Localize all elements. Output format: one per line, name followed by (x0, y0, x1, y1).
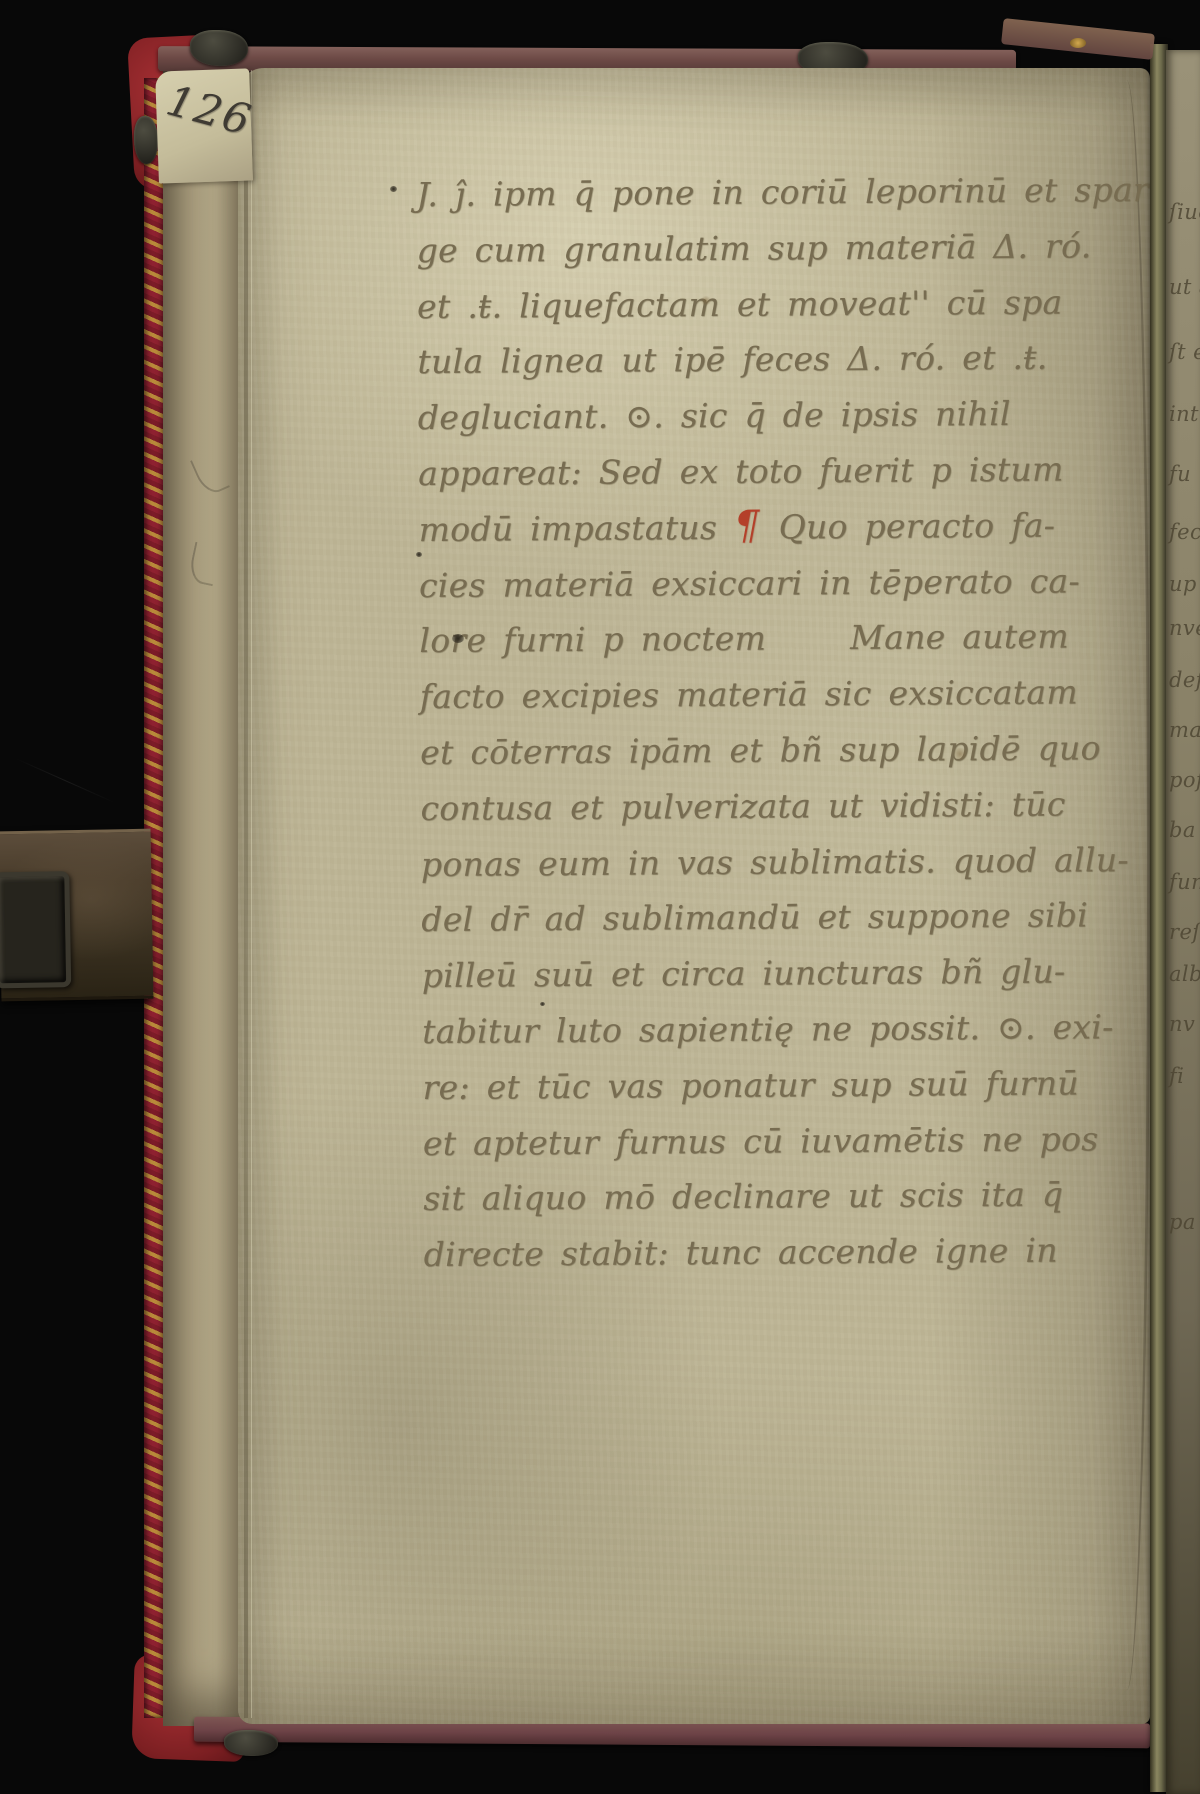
clasp-strap (0, 829, 153, 1002)
endband-glint (1070, 38, 1086, 48)
next-page-text-fragment: alb (1169, 962, 1200, 986)
next-page-text-fragment: ba (1169, 818, 1196, 842)
line-text: appareat: Sed ex toto fuerit p istum (418, 450, 1064, 494)
clasp-fitting-top-left (190, 30, 248, 66)
line-text: lore furni p noctem Mane autem (419, 617, 1069, 661)
next-page-text-fragment: reſe (1169, 920, 1200, 944)
clasp-buckle (0, 871, 71, 988)
manuscript-line: cies materiā exsiccari in tēperato ca- (419, 557, 1009, 617)
manuscript-line: tabitur luto sapientię ne possit. ⊙. exi… (422, 1003, 1012, 1063)
next-page-text-fragment: int (1169, 402, 1199, 426)
line-text: et aptetur furnus cū iuvamētis ne pos (423, 1119, 1099, 1163)
line-text: Quo peracto fa- (779, 505, 1056, 546)
page-left-crease (244, 70, 248, 1718)
line-text: ponas eum in vas sublimatis. quod allu- (421, 840, 1129, 884)
manuscript-photo: 126 J. ĵ. ipm q̄ pone in coriū leporinū … (0, 0, 1200, 1794)
ink-speck (540, 1002, 545, 1006)
manuscript-line: pilleū suū et circa iuncturas bñ glu- (422, 947, 1012, 1007)
folio-corner-flap: 126 (155, 68, 253, 183)
next-page-text-fragment: nve (1169, 616, 1200, 640)
line-text: ge cum granulatim sup materiā Δ. ró. (417, 226, 1092, 270)
manuscript-line: re: et tūc vas ponatur sup suū furnū (422, 1059, 1012, 1119)
next-page-text-fragment: ut a (1169, 275, 1200, 299)
rubric-pilcrow: ¶ (734, 502, 779, 548)
line-text: J. ĵ. ipm q̄ pone in coriū leporinū et s… (416, 170, 1160, 214)
next-page-text-fragment: pa (1169, 1210, 1196, 1234)
next-page-text-fragment: defe (1169, 668, 1200, 692)
manuscript-line: facto excipies materiā sic exsiccatam (420, 668, 1010, 728)
next-page-text-fragment: ſt e (1169, 340, 1200, 364)
parchment-stain (952, 748, 968, 760)
manuscript-line: J. ĵ. ipm q̄ pone in coriū leporinū et s… (416, 166, 1006, 226)
pencil-scribble (187, 542, 221, 587)
ink-speck (416, 552, 422, 557)
manuscript-line: et aptetur furnus cū iuvamētis ne pos (423, 1114, 1013, 1174)
line-text: modū impastatus (418, 508, 734, 549)
next-page-text-fragment: fu (1169, 462, 1191, 486)
manuscript-line: lore furni p noctem Mane autem (419, 612, 1009, 672)
line-text: et .ŧ. liquefactam et moveat'' cū spa (417, 282, 1063, 326)
folio-number: 126 (162, 75, 258, 145)
next-page-text-fragment: fec (1169, 520, 1200, 544)
next-page-text-fragment: fun (1169, 870, 1200, 894)
background-scratch (15, 758, 116, 804)
manuscript-line: del dr̄ ad sublimandū et suppone sibi (421, 891, 1011, 951)
ink-speck (390, 186, 397, 192)
line-text: sit aliquo mō declinare ut scis ita q̄ (423, 1175, 1063, 1218)
next-page-text-fragment: ſiue (1169, 200, 1200, 224)
line-text: del dr̄ ad sublimandū et suppone sibi (421, 896, 1088, 940)
manuscript-line: tula lignea ut ipē feces Δ. ró. et .ŧ. (417, 333, 1007, 393)
next-page-text-fragment: poſe (1169, 768, 1200, 792)
pencil-scribble (190, 450, 230, 497)
manuscript-line: directe stabit: tunc accende igne in (424, 1226, 1014, 1286)
clasp-fitting-bottom (224, 1730, 278, 1756)
manuscript-line: sit aliquo mō declinare ut scis ita q̄ (423, 1170, 1013, 1230)
next-page-text-fragment: fi (1169, 1064, 1184, 1088)
next-page-text-fragment: up (1169, 572, 1197, 596)
line-text: directe stabit: tunc accende igne in (424, 1231, 1058, 1274)
line-text: facto excipies materiā sic exsiccatam (420, 673, 1078, 717)
line-text: re: et tūc vas ponatur sup suū furnū (422, 1063, 1079, 1107)
line-text: contusa et pulverizata ut vidisti: tūc (420, 784, 1065, 828)
manuscript-text-block: J. ĵ. ipm q̄ pone in coriū leporinū et s… (416, 166, 1014, 1286)
line-text: tabitur luto sapientię ne possit. ⊙. exi… (422, 1007, 1114, 1051)
manuscript-line: degluciant. ⊙. sic q̄ de ipsis nihil (418, 389, 1008, 449)
line-text: et cōterras ipām et bñ sup lapidē quo (420, 728, 1101, 772)
ink-speck (452, 634, 464, 643)
page-left-crease-highlight (251, 70, 252, 1718)
book-board-edge (163, 64, 245, 1726)
line-text: cies materiā exsiccari in tēperato ca- (419, 561, 1080, 605)
line-text: degluciant. ⊙. sic q̄ de ipsis nihil (418, 394, 1011, 437)
next-page-text-fragment: mae (1169, 718, 1200, 742)
manuscript-line: et cōterras ipām et bñ sup lapidē quo (420, 724, 1010, 784)
manuscript-line: ge cum granulatim sup materiā Δ. ró. (417, 222, 1007, 282)
manuscript-line: ponas eum in vas sublimatis. quod allu- (421, 836, 1011, 896)
next-page-edge: ſiue ut a ſt e int fu fec up nve defe ma… (1166, 50, 1200, 1794)
line-text: tula lignea ut ipē feces Δ. ró. et .ŧ. (417, 338, 1047, 381)
manuscript-line: et .ŧ. liquefactam et moveat'' cū spa (417, 278, 1007, 338)
next-page-text-fragment: nv (1169, 1012, 1195, 1036)
manuscript-line: contusa et pulverizata ut vidisti: tūc (420, 780, 1010, 840)
manuscript-line: modū impastatus ¶ Quo peracto fa- (418, 501, 1008, 561)
line-text: pilleū suū et circa iuncturas bñ glu- (422, 952, 1066, 995)
clasp-fitting-left-edge (134, 116, 158, 164)
parchment-stain (700, 296, 712, 305)
manuscript-line: appareat: Sed ex toto fuerit p istum (418, 445, 1008, 505)
